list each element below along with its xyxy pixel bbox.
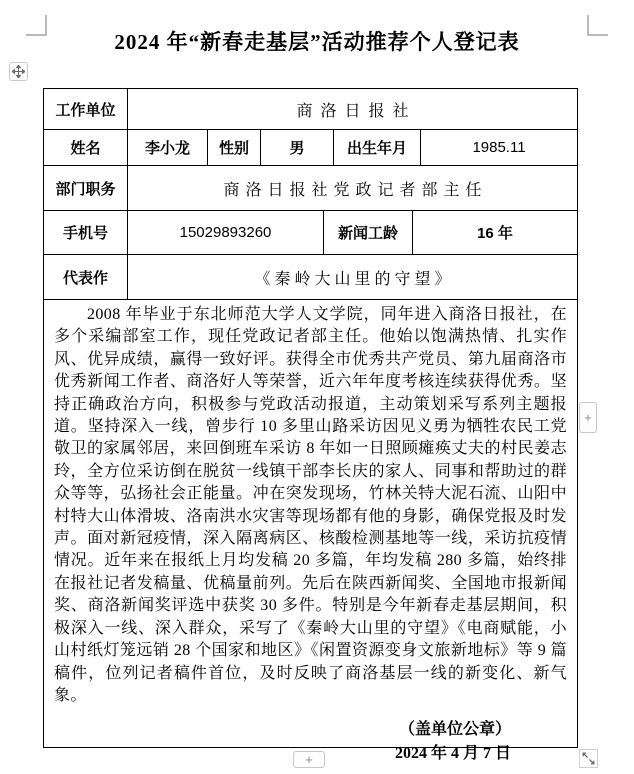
field-label-birth-date: 出生年月: [334, 130, 421, 165]
field-label-news-seniority: 新闻工龄: [324, 211, 413, 254]
field-label-work-unit: 工作单位: [44, 89, 128, 129]
field-value-birth-date[interactable]: 1985.11: [421, 130, 577, 165]
field-label-gender: 性别: [208, 130, 261, 165]
field-value-mobile[interactable]: 15029893260: [128, 211, 324, 254]
table-move-handle[interactable]: [9, 62, 28, 81]
field-value-news-seniority[interactable]: 16 年: [413, 211, 577, 254]
table-add-column-button[interactable]: +: [579, 402, 597, 433]
field-label-name: 姓名: [44, 130, 128, 165]
field-value-gender[interactable]: 男: [261, 130, 334, 165]
stamp-note: （盖单位公章）: [54, 718, 511, 742]
field-value-representative-work[interactable]: 《秦岭大山里的守望》: [128, 255, 577, 299]
table-row: 手机号 15029893260 新闻工龄 16 年: [44, 211, 577, 255]
field-label-representative-work: 代表作: [44, 255, 128, 299]
diagonal-resize-icon: [580, 750, 597, 767]
profile-cell[interactable]: 2008 年毕业于东北师范大学人文学院，同年进入商洛日报社，在多个采编部室工作，…: [44, 300, 577, 766]
field-value-name[interactable]: 李小龙: [128, 130, 208, 165]
page-title: 2024 年“新春走基层”活动推荐个人登记表: [0, 26, 634, 56]
table-row: 代表作 《秦岭大山里的守望》: [44, 255, 577, 300]
table-resize-handle[interactable]: [579, 749, 598, 768]
table-row: 工作单位 商洛日报社: [44, 89, 577, 130]
field-value-work-unit[interactable]: 商洛日报社: [128, 89, 577, 129]
table-row: 姓名 李小龙 性别 男 出生年月 1985.11: [44, 130, 577, 166]
document-page: 2024 年“新春走基层”活动推荐个人登记表 工作单位 商洛日报社 姓名 李小龙…: [0, 0, 634, 774]
table-row: 部门职务 商洛日报社党政记者部主任: [44, 166, 577, 211]
field-label-mobile: 手机号: [44, 211, 128, 254]
table-row: 2008 年毕业于东北师范大学人文学院，同年进入商洛日报社，在多个采编部室工作，…: [44, 300, 577, 766]
fill-date: 2024 年 4 月 7 日: [54, 742, 511, 766]
table-add-row-button[interactable]: +: [293, 751, 325, 768]
field-label-department-position: 部门职务: [44, 166, 128, 210]
registration-table: 工作单位 商洛日报社 姓名 李小龙 性别 男 出生年月 1985.11 部门职务…: [43, 88, 578, 748]
move-icon: [12, 65, 25, 78]
field-value-department-position[interactable]: 商洛日报社党政记者部主任: [128, 166, 577, 210]
profile-bio-text[interactable]: 2008 年毕业于东北师范大学人文学院，同年进入商洛日报社，在多个采编部室工作，…: [54, 304, 567, 707]
